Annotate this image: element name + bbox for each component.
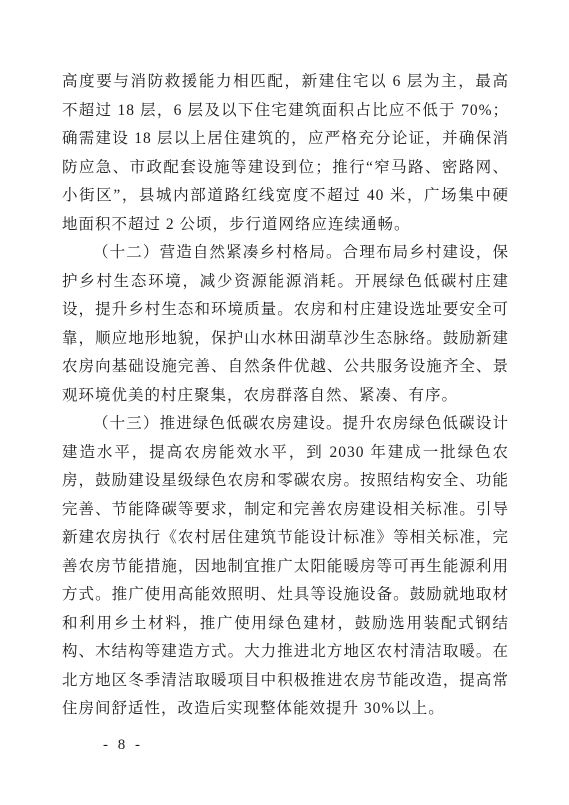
paragraph-text: 高度要与消防救援能力相匹配，新建住宅以 6 层为主，最高不超过 18 层，6 层… bbox=[62, 73, 509, 233]
section-heading-13: （十三）推进绿色低碳农房建设。 bbox=[93, 415, 343, 432]
paragraph-text: 合理布局乡村建设，保护乡村生态环境，减少资源能源消耗。开展绿色低碳村庄建设，提升… bbox=[62, 244, 509, 404]
paragraph-section-13: （十三）推进绿色低碳农房建设。提升农房绿色低碳设计建造水平，提高农房能效水平，到… bbox=[62, 410, 509, 724]
document-body: 高度要与消防救援能力相匹配，新建住宅以 6 层为主，最高不超过 18 层，6 层… bbox=[62, 68, 509, 724]
paragraph-text: 提升农房绿色低碳设计建造水平，提高农房能效水平，到 2030 年建成一批绿色农房… bbox=[62, 415, 509, 717]
paragraph-section-12: （十二）营造自然紧凑乡村格局。合理布局乡村建设，保护乡村生态环境，减少资源能源消… bbox=[62, 239, 509, 410]
page-number: - 8 - bbox=[103, 736, 143, 754]
paragraph-continuation: 高度要与消防救援能力相匹配，新建住宅以 6 层为主，最高不超过 18 层，6 层… bbox=[62, 68, 509, 239]
document-page: 高度要与消防救援能力相匹配，新建住宅以 6 层为主，最高不超过 18 层，6 层… bbox=[0, 0, 569, 805]
section-heading-12: （十二）营造自然紧凑乡村格局。 bbox=[93, 244, 343, 261]
